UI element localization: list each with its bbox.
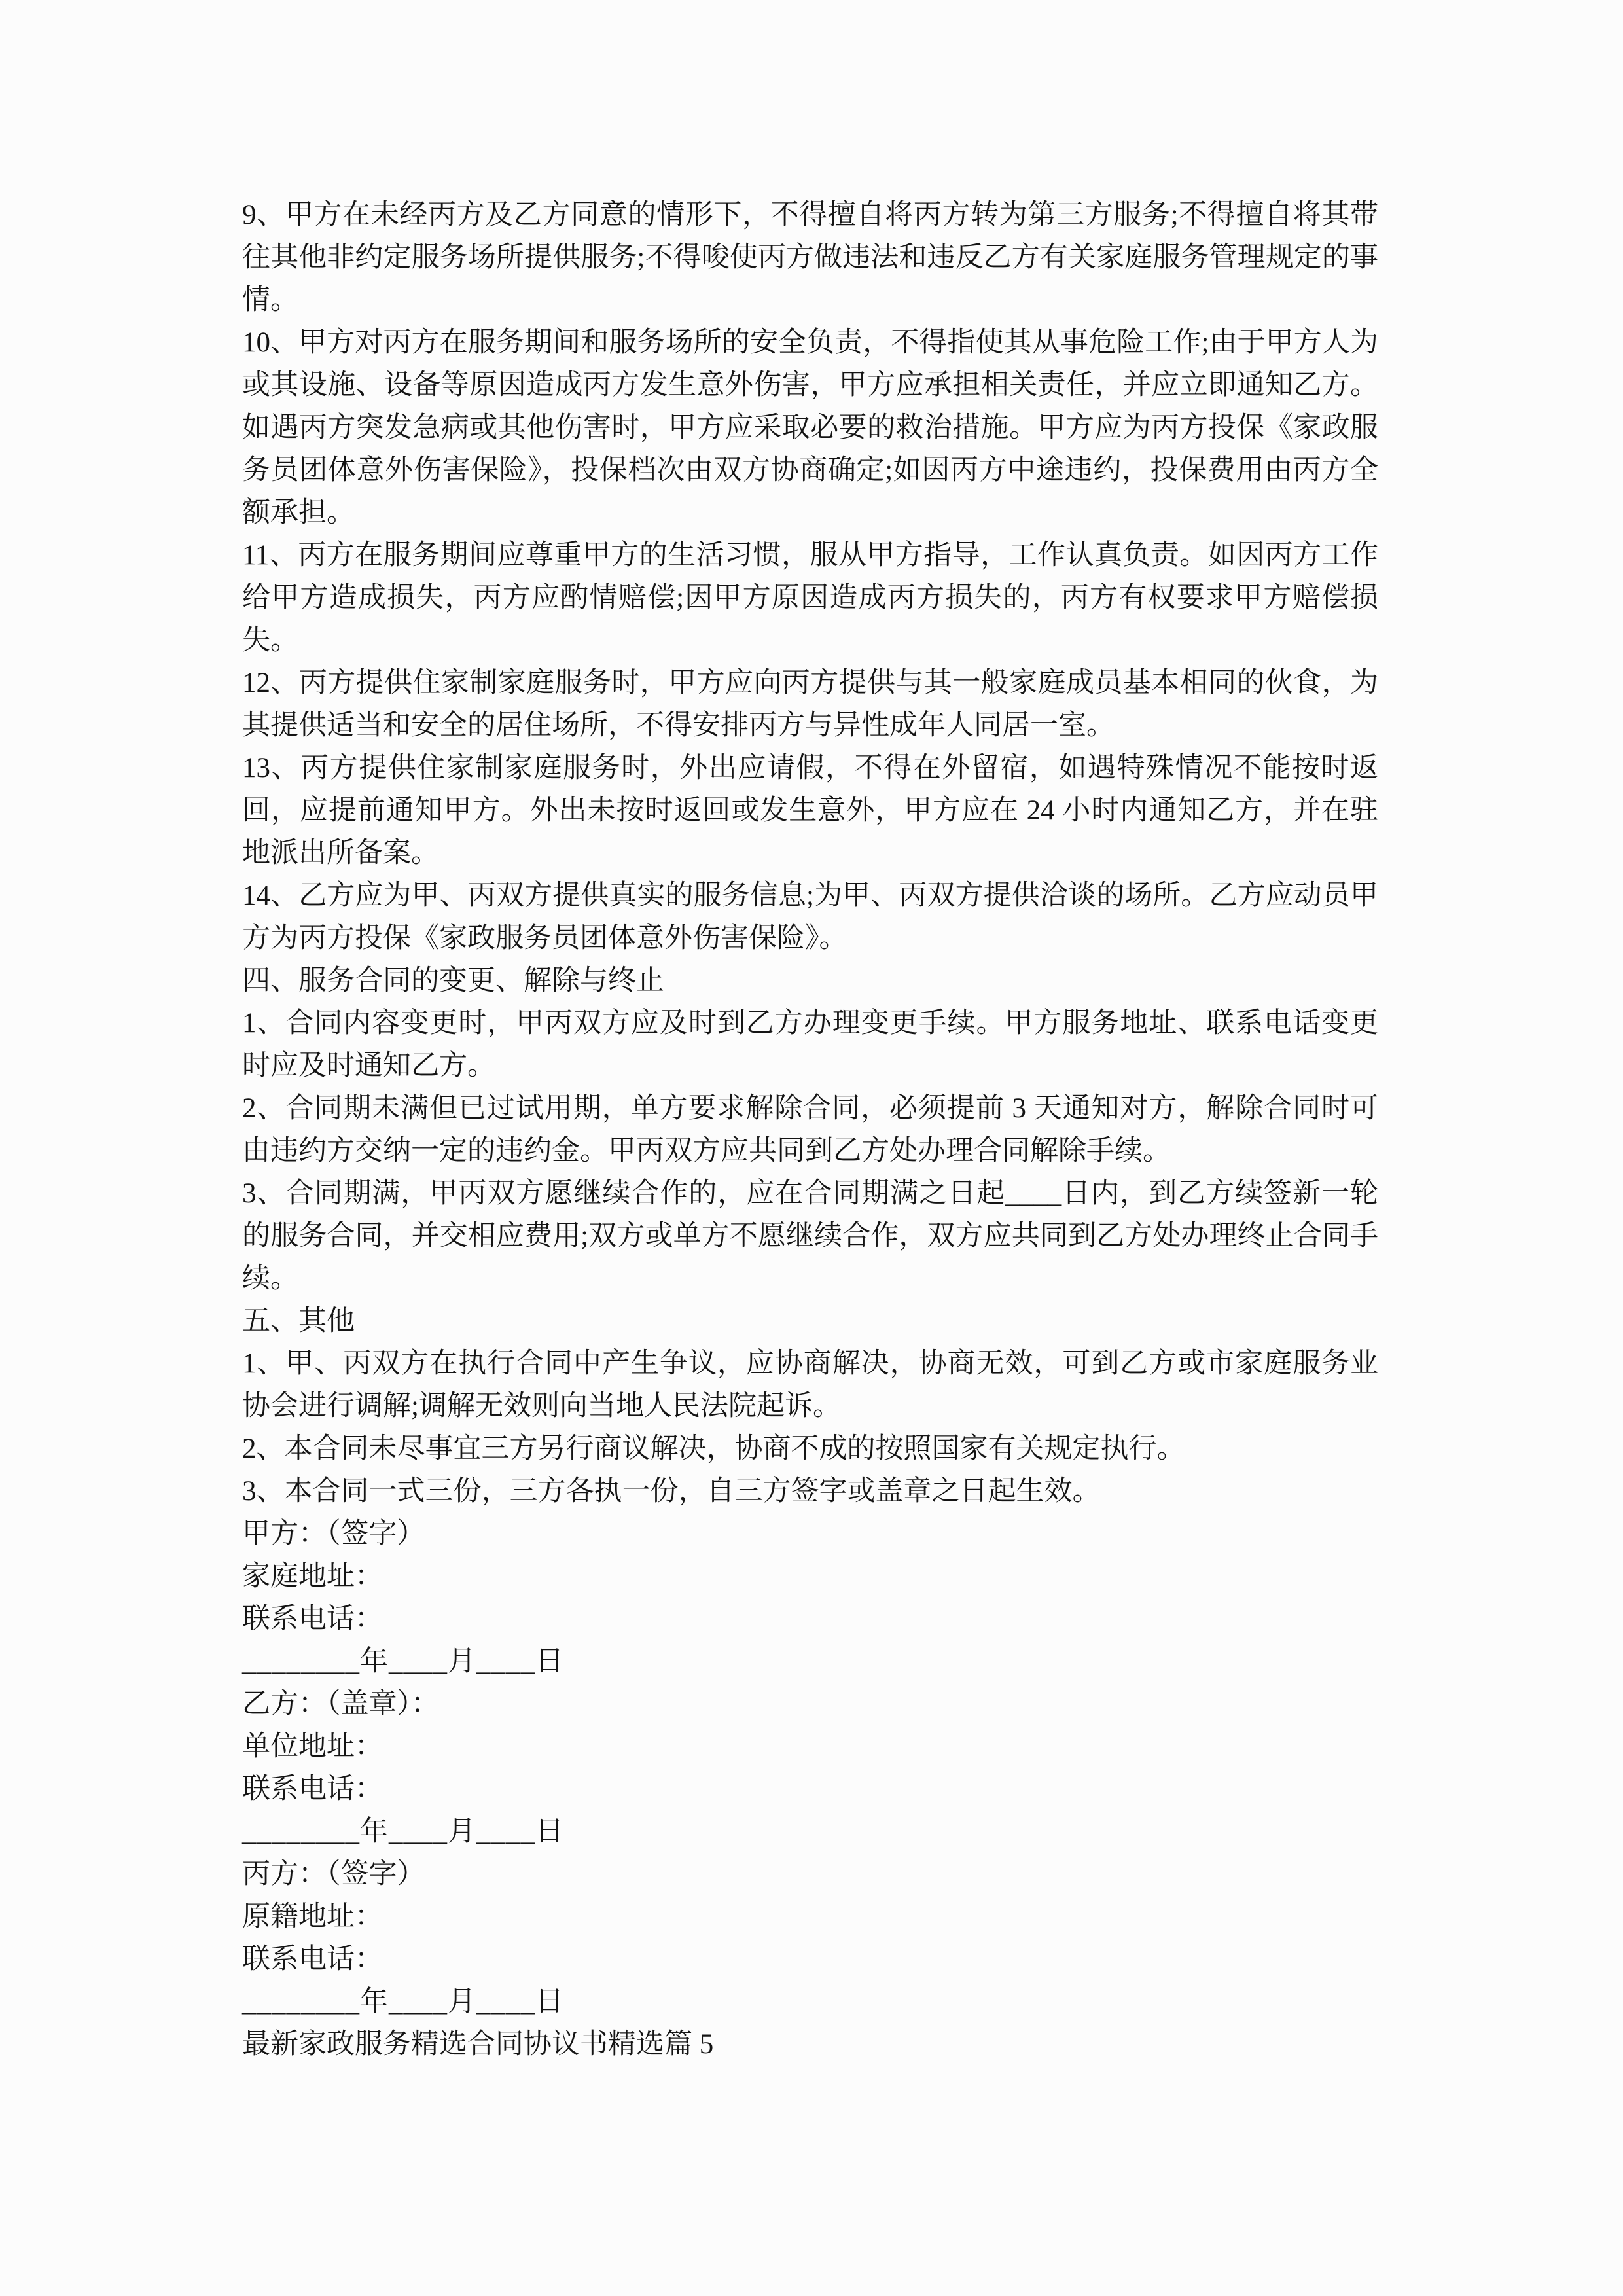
section-4-item-1: 1、合同内容变更时，甲丙双方应及时到乙方办理变更手续。甲方服务地址、联系电话变更… [242,1002,1378,1087]
clause-11: 11、丙方在服务期间应尊重甲方的生活习惯，服从甲方指导，工作认真负责。如因丙方工… [242,534,1378,662]
party-a-signature-block: 甲方：（签字） 家庭地址： 联系电话： ________年____月____日 [242,1513,1378,1683]
party-c-signature-block: 丙方：（签字） 原籍地址： 联系电话： ________年____月____日 [242,1853,1378,2023]
party-c-date-line: ________年____月____日 [242,1981,1378,2023]
party-b-phone-line: 联系电话： [242,1768,1378,1810]
clause-9: 9、甲方在未经丙方及乙方同意的情形下，不得擅自将丙方转为第三方服务;不得擅自将其… [242,194,1378,321]
clause-10: 10、甲方对丙方在服务期间和服务场所的安全负责，不得指使其从事危险工作;由于甲方… [242,321,1378,534]
document-body: { "colors": { "page_background": "#fcfcf… [0,0,1623,2296]
contract-document-page: 9、甲方在未经丙方及乙方同意的情形下，不得擅自将丙方转为第三方服务;不得擅自将其… [0,0,1623,2296]
section-5-item-2: 2、本合同未尽事宜三方另行商议解决，协商不成的按照国家有关规定执行。 [242,1427,1378,1470]
footer-document-title: 最新家政服务精选合同协议书精选篇 5 [242,2023,1378,2066]
section-5-item-1: 1、甲、丙双方在执行合同中产生争议，应协商解决，协商无效，可到乙方或市家庭服务业… [242,1342,1378,1427]
section-4-item-2: 2、合同期未满但已过试用期，单方要求解除合同，必须提前 3 天通知对方，解除合同… [242,1087,1378,1172]
party-b-signature-block: 乙方：（盖章）： 单位地址： 联系电话： ________年____月____日 [242,1683,1378,1853]
section-5-heading: 五、其他 [242,1300,1378,1342]
clause-13: 13、丙方提供住家制家庭服务时，外出应请假，不得在外留宿，如遇特殊情况不能按时返… [242,747,1378,874]
clause-12: 12、丙方提供住家制家庭服务时，甲方应向丙方提供与其一般家庭成员基本相同的伙食，… [242,662,1378,747]
party-a-date-line: ________年____月____日 [242,1640,1378,1683]
party-c-address-line: 原籍地址： [242,1895,1378,1938]
party-a-name-line: 甲方：（签字） [242,1513,1378,1555]
section-4-item-3: 3、合同期满，甲丙双方愿继续合作的，应在合同期满之日起____日内，到乙方续签新… [242,1172,1378,1300]
party-a-address-line: 家庭地址： [242,1555,1378,1598]
party-b-name-line: 乙方：（盖章）： [242,1683,1378,1725]
contract-text-block: 9、甲方在未经丙方及乙方同意的情形下，不得擅自将丙方转为第三方服务;不得擅自将其… [242,194,1378,2066]
section-5-item-3: 3、本合同一式三份，三方各执一份，自三方签字或盖章之日起生效。 [242,1470,1378,1513]
clause-14: 14、乙方应为甲、丙双方提供真实的服务信息;为甲、丙双方提供洽谈的场所。乙方应动… [242,874,1378,960]
section-4-heading: 四、服务合同的变更、解除与终止 [242,960,1378,1002]
party-c-phone-line: 联系电话： [242,1938,1378,1981]
party-b-date-line: ________年____月____日 [242,1810,1378,1853]
party-a-phone-line: 联系电话： [242,1598,1378,1640]
party-c-name-line: 丙方：（签字） [242,1853,1378,1895]
party-b-address-line: 单位地址： [242,1725,1378,1768]
